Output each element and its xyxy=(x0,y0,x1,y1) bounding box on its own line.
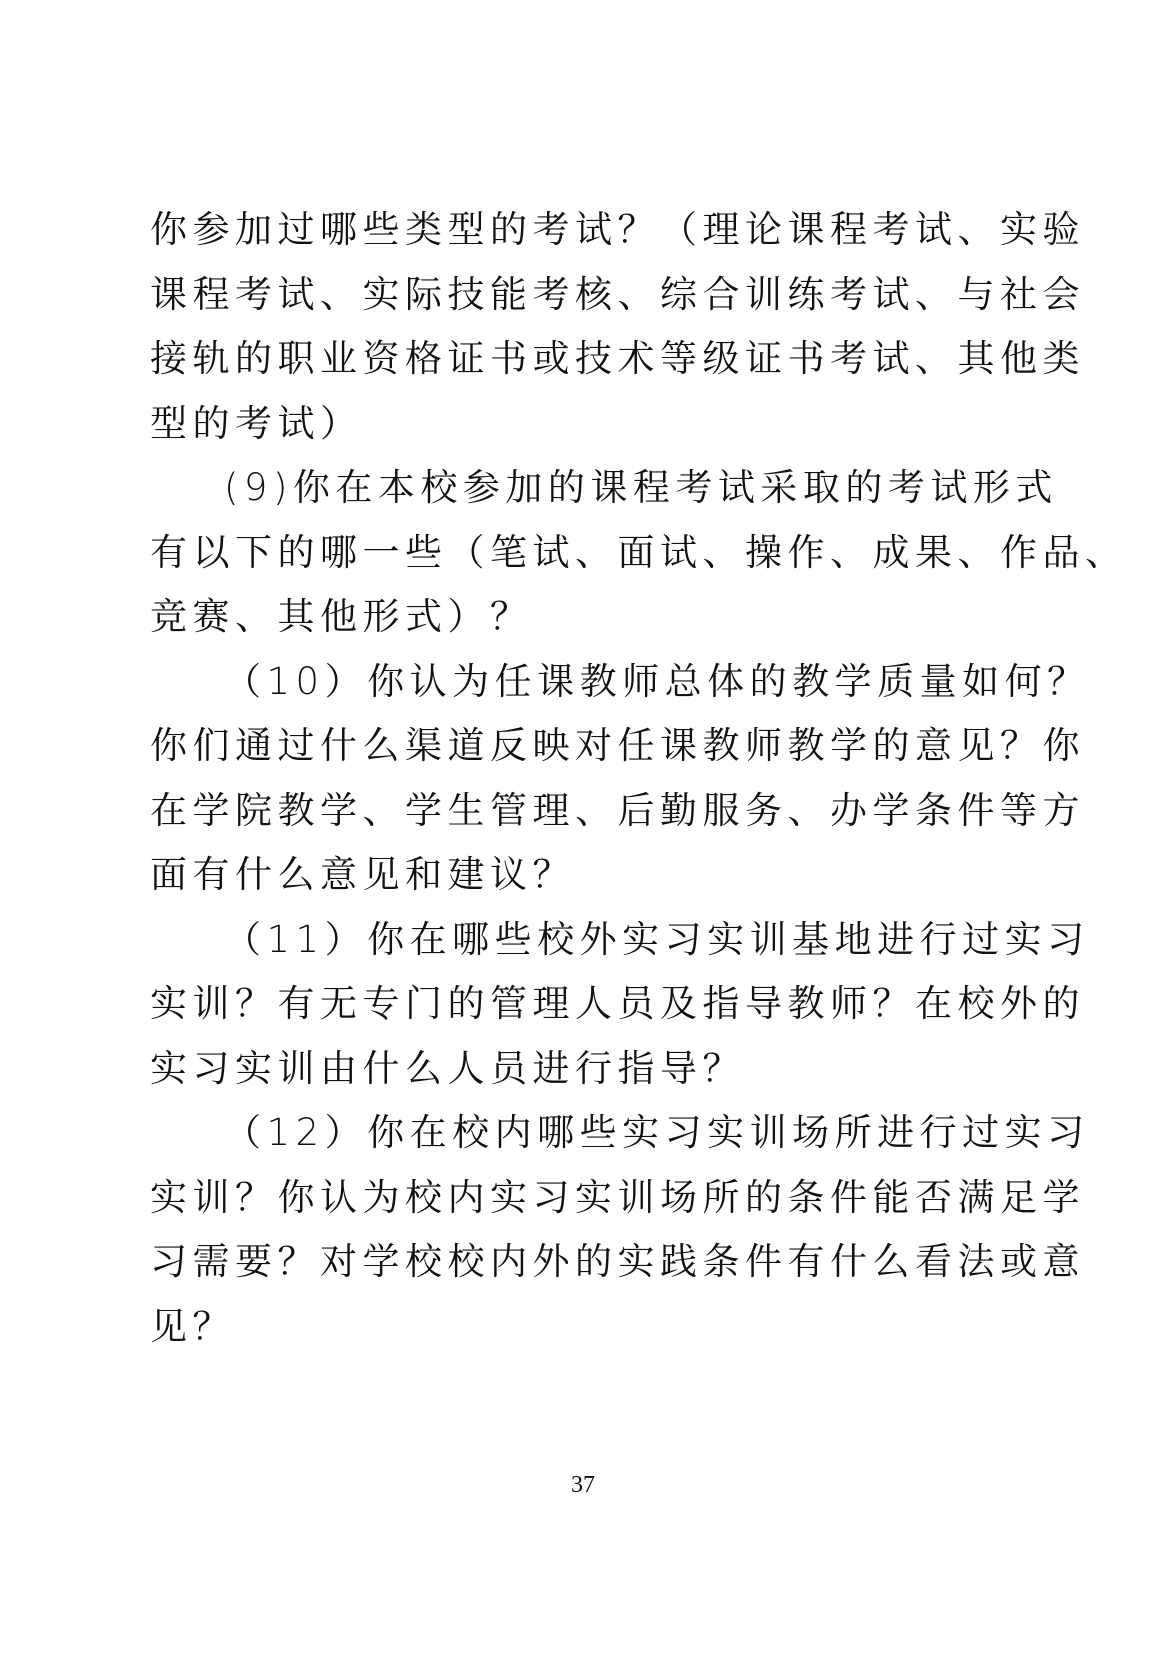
text-line: 见？ xyxy=(150,1295,970,1360)
text-line: （10）你认为任课教师总体的教学质量如何？ xyxy=(150,650,970,715)
text-line: （11）你在哪些校外实习实训基地进行过实习 xyxy=(150,908,970,973)
paragraph-p8-continuation: 你参加过哪些类型的考试？（理论课程考试、实验 课程考试、实际技能考核、综合训练考… xyxy=(150,198,970,456)
paragraph-question-11: （11）你在哪些校外实习实训基地进行过实习 实训？有无专门的管理人员及指导教师？… xyxy=(150,908,970,1102)
page-number: 37 xyxy=(0,1472,1166,1499)
text-line: 在学院教学、学生管理、后勤服务、办学条件等方 xyxy=(150,779,970,844)
text-line: 型的考试） xyxy=(150,392,970,457)
paragraph-question-9: (9)你在本校参加的课程考试采取的考试形式 有以下的哪一些（笔试、面试、操作、成… xyxy=(150,456,970,650)
page-body: 你参加过哪些类型的考试？（理论课程考试、实验 课程考试、实际技能考核、综合训练考… xyxy=(150,198,970,1359)
text-line: 你们通过什么渠道反映对任课教师教学的意见？你 xyxy=(150,714,970,779)
text-line: 面有什么意见和建议？ xyxy=(150,843,970,908)
text-line: 有以下的哪一些（笔试、面试、操作、成果、作品、 xyxy=(150,521,970,586)
text-line: 实训？你认为校内实习实训场所的条件能否满足学 xyxy=(150,1166,970,1231)
text-line: 实训？有无专门的管理人员及指导教师？在校外的 xyxy=(150,972,970,1037)
text-line: （12）你在校内哪些实习实训场所进行过实习 xyxy=(150,1101,970,1166)
text-line: 课程考试、实际技能考核、综合训练考试、与社会 xyxy=(150,263,970,328)
text-line: 习需要？对学校校内外的实践条件有什么看法或意 xyxy=(150,1230,970,1295)
text-line: 你参加过哪些类型的考试？（理论课程考试、实验 xyxy=(150,198,970,263)
text-line: (9)你在本校参加的课程考试采取的考试形式 xyxy=(150,456,970,521)
paragraph-question-12: （12）你在校内哪些实习实训场所进行过实习 实训？你认为校内实习实训场所的条件能… xyxy=(150,1101,970,1359)
text-line: 接轨的职业资格证书或技术等级证书考试、其他类 xyxy=(150,327,970,392)
paragraph-question-10: （10）你认为任课教师总体的教学质量如何？ 你们通过什么渠道反映对任课教师教学的… xyxy=(150,650,970,908)
text-line: 竞赛、其他形式）？ xyxy=(150,585,970,650)
text-line: 实习实训由什么人员进行指导？ xyxy=(150,1037,970,1102)
